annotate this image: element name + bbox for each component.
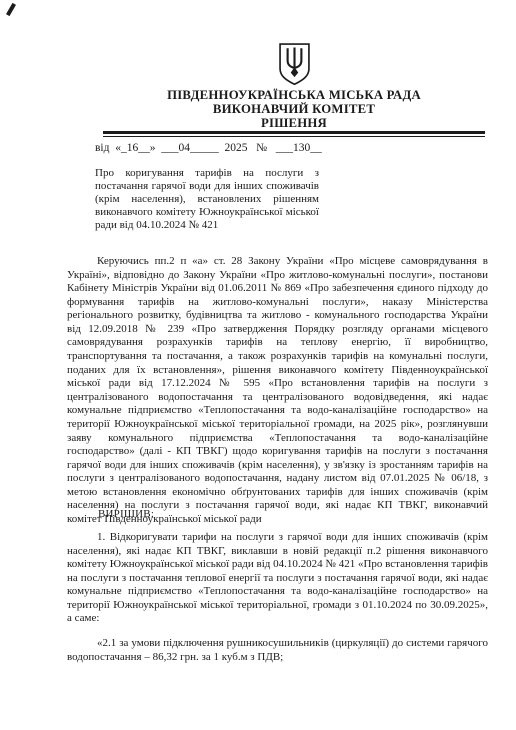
org-name: ПІВДЕННОУКРАЇНСЬКА МІСЬКА РАДА: [103, 88, 485, 102]
date-number-line: від «_16__» ___04_____ 2025 № ___130__: [95, 142, 322, 154]
decision-item-1: 1. Відкоригувати тарифи на послуги з гар…: [67, 531, 488, 626]
decision-item-2-1: «2.1 за умови підключення рушникосушильн…: [67, 637, 488, 664]
org-committee: ВИКОНАВЧИЙ КОМІТЕТ: [103, 102, 485, 116]
document-page: ПІВДЕННОУКРАЇНСЬКА МІСЬКА РАДА ВИКОНАВЧИ…: [0, 0, 516, 730]
doc-type-title: РІШЕННЯ: [103, 116, 485, 130]
header-double-rule: [103, 131, 485, 137]
preamble-paragraph: Керуючись пп.2 п «а» ст. 28 Закону Украї…: [67, 255, 488, 527]
resolved-heading: ВИРІШИВ:: [98, 508, 154, 520]
subject-paragraph: Про коригування тарифів на послуги з пос…: [95, 167, 319, 232]
scan-artifact-mark: [6, 3, 16, 16]
ukraine-trident-emblem: [277, 42, 312, 86]
document-header: ПІВДЕННОУКРАЇНСЬКА МІСЬКА РАДА ВИКОНАВЧИ…: [103, 42, 485, 137]
